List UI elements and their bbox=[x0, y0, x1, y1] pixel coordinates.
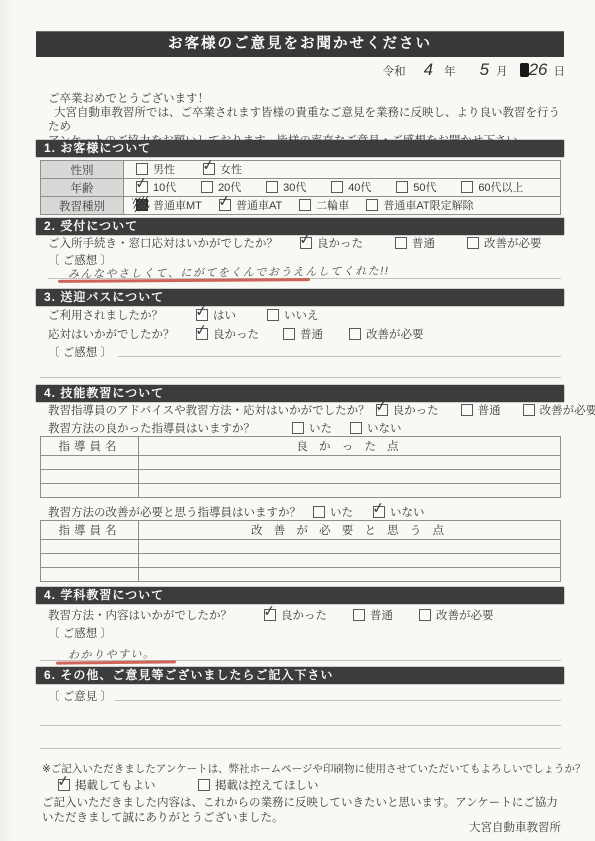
academic-normal-option[interactable]: 普通 bbox=[353, 607, 393, 623]
instructor-name-cell[interactable] bbox=[41, 554, 139, 568]
skill-advice-normal-checkbox[interactable] bbox=[461, 404, 473, 416]
publish-ok-option[interactable]: 掲載してもよい bbox=[58, 777, 170, 793]
table-row bbox=[41, 540, 561, 554]
bus-service-improve-checkbox[interactable] bbox=[349, 328, 361, 340]
option-label: 普通 bbox=[300, 326, 323, 342]
year-value-handwritten: 4 bbox=[424, 61, 433, 78]
option-label: はい bbox=[213, 307, 236, 323]
option-label: 良かった bbox=[281, 607, 327, 623]
signature: 大宮自動車教習所 bbox=[469, 819, 561, 835]
option-label: 普通車AT bbox=[236, 197, 282, 213]
reception-good-checkbox[interactable] bbox=[300, 237, 312, 249]
course-regular-mt-checkbox[interactable] bbox=[136, 199, 148, 211]
month-value-handwritten: 5 bbox=[480, 61, 489, 78]
publish-no-checkbox[interactable] bbox=[198, 779, 210, 791]
option-label: 男性 bbox=[153, 161, 175, 177]
academic-improve-checkbox[interactable] bbox=[419, 609, 431, 621]
instructor-name-header: 指導員名 bbox=[41, 437, 139, 456]
gender-female-checkbox[interactable] bbox=[203, 163, 215, 175]
banner-bar: お客様のご意見をお聞かせください bbox=[36, 31, 564, 57]
table-row bbox=[41, 484, 561, 498]
academic-good-option[interactable]: 良かった bbox=[264, 607, 327, 623]
option-label: 改善が必要 bbox=[436, 607, 494, 623]
customer-info-table: 性別 男性 女性 年齢 10代 bbox=[40, 160, 561, 215]
reception-question: ご入所手続き・窓口応対はいかがでしたか？ bbox=[48, 235, 278, 251]
age-30s-option[interactable]: 30代 bbox=[266, 179, 328, 195]
good-instructors-table: 指導員名 良 か っ た 点 bbox=[40, 436, 561, 498]
good-point-cell[interactable] bbox=[139, 470, 561, 484]
skill-q1: 教習指導員のアドバイスや教習方法・応対はいかがでしたか？ bbox=[48, 402, 370, 418]
good-points-header: 良 か っ た 点 bbox=[139, 437, 561, 456]
instructor-name-cell[interactable] bbox=[41, 470, 139, 484]
academic-improve-option[interactable]: 改善が必要 bbox=[419, 607, 494, 623]
publish-ok-checkbox[interactable] bbox=[58, 779, 70, 791]
section-bus-header: 3. 送迎バスについて bbox=[36, 289, 564, 306]
red-underline bbox=[56, 660, 176, 664]
option-label: いない bbox=[390, 504, 425, 520]
academic-question: 教習方法・内容はいかがでしたか？ bbox=[48, 607, 236, 623]
table-row bbox=[41, 554, 561, 568]
option-label: いない bbox=[367, 420, 402, 436]
course-at-limit-release-checkbox[interactable] bbox=[366, 199, 378, 211]
course-row: 教習種別 普通車MT 普通車AT 二輪車 普通車AT限定解除 bbox=[41, 197, 561, 215]
day-value-handwritten: 26 bbox=[529, 61, 548, 78]
skill-good-instructor-no-checkbox[interactable] bbox=[350, 422, 362, 434]
good-point-cell[interactable] bbox=[139, 484, 561, 498]
option-label: 良かった bbox=[213, 326, 259, 342]
option-label: 30代 bbox=[283, 179, 306, 195]
gender-female-option[interactable]: 女性 bbox=[203, 161, 242, 177]
instructor-name-cell[interactable] bbox=[41, 484, 139, 498]
age-50s-option[interactable]: 50代 bbox=[396, 179, 458, 195]
bus-service-improve-option[interactable]: 改善が必要 bbox=[349, 326, 424, 342]
gender-row: 性別 男性 女性 bbox=[41, 161, 561, 179]
month-unit: 月 bbox=[496, 63, 508, 79]
option-label: 良かった bbox=[317, 235, 363, 251]
section-academic-header: 4. 学科教習について bbox=[36, 587, 564, 604]
skill-improve-instructor-yes-checkbox[interactable] bbox=[313, 506, 325, 518]
bus-use-question: ご利用されましたか？ bbox=[48, 307, 164, 323]
course-at-limit-release-option[interactable]: 普通車AT限定解除 bbox=[366, 197, 473, 213]
publish-options-row: 掲載してもよい 掲載は控えてほしい bbox=[58, 777, 319, 793]
other-comment-label: 〔 ご意見 〕 bbox=[48, 688, 112, 704]
course-label: 教習種別 bbox=[41, 197, 124, 215]
course-regular-mt-option[interactable]: 普通車MT bbox=[136, 197, 202, 213]
ink-blob bbox=[520, 63, 529, 77]
skill-improve-instructor-no-checkbox[interactable] bbox=[373, 506, 385, 518]
course-regular-at-option[interactable]: 普通車AT bbox=[219, 197, 282, 213]
option-label: 掲載してもよい bbox=[75, 777, 156, 793]
option-label: 掲載は控えてほしい bbox=[215, 777, 319, 793]
instructor-name-cell[interactable] bbox=[41, 540, 139, 554]
option-label: 50代 bbox=[413, 179, 436, 195]
option-label: 普通車MT bbox=[153, 197, 202, 213]
gender-label: 性別 bbox=[41, 161, 124, 179]
bus-service-question: 応対はいかがでしたか？ bbox=[48, 326, 176, 342]
improve-instructors-table: 指導員名 改 善 が 必 要 と 思 う 点 bbox=[40, 520, 561, 582]
skill-improve-instructor-no-option[interactable]: いない bbox=[373, 504, 425, 520]
bus-use-no-option[interactable]: いいえ bbox=[267, 307, 319, 323]
option-label: 普通 bbox=[478, 402, 501, 418]
option-label: 60代以上 bbox=[478, 179, 523, 195]
table-row bbox=[41, 568, 561, 582]
section-skill-header: 4. 技能教習について bbox=[36, 385, 564, 402]
banner-title: お客様のご意見をお聞かせください bbox=[168, 36, 432, 52]
bus-service-good-option[interactable]: 良かった bbox=[196, 326, 259, 342]
improve-point-cell[interactable] bbox=[139, 540, 561, 554]
option-label: 40代 bbox=[348, 179, 371, 195]
publish-question: ※ご記入いただきましたアンケートは、弊社ホームページや印刷物に使用させていただい… bbox=[42, 761, 570, 776]
instructor-name-header: 指導員名 bbox=[41, 521, 139, 540]
skill-q1-row: 教習指導員のアドバイスや教習方法・応対はいかがでしたか？ 良かった 普通 改善が… bbox=[48, 402, 595, 418]
table-row bbox=[41, 456, 561, 470]
bus-comment-line-1[interactable] bbox=[118, 348, 561, 357]
table-row bbox=[41, 470, 561, 484]
skill-good-instructor-yes-checkbox[interactable] bbox=[292, 422, 304, 434]
course-regular-at-checkbox[interactable] bbox=[219, 199, 231, 211]
academic-normal-checkbox[interactable] bbox=[353, 609, 365, 621]
skill-improve-instructor-yes-option[interactable]: いた bbox=[313, 504, 361, 520]
reception-good-option[interactable]: 良かった bbox=[300, 235, 363, 251]
academic-question-row: 教習方法・内容はいかがでしたか？ 良かった 普通 改善が必要 bbox=[48, 607, 494, 623]
other-comment-line-1[interactable] bbox=[115, 692, 561, 701]
bus-comment-line-2[interactable] bbox=[40, 369, 561, 378]
age-label: 年齢 bbox=[41, 179, 124, 197]
age-40s-option[interactable]: 40代 bbox=[331, 179, 393, 195]
bus-use-question-row: ご利用されましたか？ はい いいえ bbox=[48, 307, 319, 323]
skill-q3: 教習方法の改善が必要と思う指導員はいますか？ bbox=[48, 504, 301, 520]
section-other-header: 6. その他、ご意見等ございましたらご記入下さい bbox=[36, 667, 564, 684]
bus-comment-label: 〔 ご感想 〕 bbox=[48, 344, 112, 360]
year-unit: 年 bbox=[444, 63, 456, 79]
option-label: 良かった bbox=[393, 402, 439, 418]
skill-advice-good-option[interactable]: 良かった bbox=[376, 402, 439, 418]
age-10s-checkbox[interactable] bbox=[136, 181, 148, 193]
instructor-name-cell[interactable] bbox=[41, 456, 139, 470]
academic-good-checkbox[interactable] bbox=[264, 609, 276, 621]
course-motorcycle-option[interactable]: 二輪車 bbox=[299, 197, 349, 213]
red-underline bbox=[58, 278, 310, 282]
course-motorcycle-checkbox[interactable] bbox=[299, 199, 311, 211]
other-comment-line-2[interactable] bbox=[40, 717, 561, 726]
bus-service-question-row: 応対はいかがでしたか？ 良かった 普通 改善が必要 bbox=[48, 326, 424, 342]
skill-q2-row: 教習方法の良かった指導員はいますか？ いた いない bbox=[48, 420, 402, 436]
option-label: 10代 bbox=[153, 179, 176, 195]
skill-q3-row: 教習方法の改善が必要と思う指導員はいますか？ いた いない bbox=[48, 504, 425, 520]
academic-comment-label: 〔 ご感想 〕 bbox=[48, 625, 112, 641]
bus-service-normal-option[interactable]: 普通 bbox=[283, 326, 323, 342]
other-comment-line-3[interactable] bbox=[40, 740, 561, 749]
option-label: 改善が必要 bbox=[366, 326, 424, 342]
skill-q2: 教習方法の良かった指導員はいますか？ bbox=[48, 420, 258, 436]
option-label: 普通車AT限定解除 bbox=[383, 197, 473, 213]
age-20s-checkbox[interactable] bbox=[201, 181, 213, 193]
option-label: 普通 bbox=[412, 235, 435, 251]
age-row: 年齢 10代 20代 30代 40代 bbox=[41, 179, 561, 197]
option-label: いた bbox=[330, 504, 353, 520]
intro-line-2: 大宮自動車教習所では、ご卒業されます皆様の貴重なご意見を業務に反映し、より良い教… bbox=[48, 106, 568, 134]
intro-line-1: ご卒業おめでとうございます！ bbox=[48, 92, 568, 106]
skill-good-instructor-no-option[interactable]: いない bbox=[350, 420, 402, 436]
reception-question-row: ご入所手続き・窓口応対はいかがでしたか？ 良かった 普通 改善が必要 bbox=[48, 235, 542, 251]
reception-improve-checkbox[interactable] bbox=[467, 237, 479, 249]
bus-service-good-checkbox[interactable] bbox=[196, 328, 208, 340]
reception-improve-option[interactable]: 改善が必要 bbox=[467, 235, 542, 251]
improve-points-header: 改 善 が 必 要 と 思 う 点 bbox=[139, 521, 561, 540]
skill-advice-good-checkbox[interactable] bbox=[376, 404, 388, 416]
option-label: 普通 bbox=[370, 607, 393, 623]
bus-service-normal-checkbox[interactable] bbox=[283, 328, 295, 340]
age-30s-checkbox[interactable] bbox=[266, 181, 278, 193]
age-40s-checkbox[interactable] bbox=[331, 181, 343, 193]
good-point-cell[interactable] bbox=[139, 456, 561, 470]
age-10s-option[interactable]: 10代 bbox=[136, 179, 198, 195]
day-unit: 日 bbox=[554, 63, 566, 79]
option-label: いた bbox=[309, 420, 332, 436]
section-customer-header: 1. お客様について bbox=[36, 140, 564, 157]
age-60s-plus-checkbox[interactable] bbox=[461, 181, 473, 193]
era-label: 令和 bbox=[383, 63, 406, 79]
skill-advice-improve-option[interactable]: 改善が必要 bbox=[523, 402, 595, 418]
option-label: いいえ bbox=[284, 307, 319, 323]
improve-point-cell[interactable] bbox=[139, 554, 561, 568]
option-label: 改善が必要 bbox=[540, 402, 595, 418]
improve-point-cell[interactable] bbox=[139, 568, 561, 582]
age-20s-option[interactable]: 20代 bbox=[201, 179, 263, 195]
age-50s-checkbox[interactable] bbox=[396, 181, 408, 193]
skill-good-instructor-yes-option[interactable]: いた bbox=[292, 420, 340, 436]
scanned-survey-page: お客様のご意見をお聞かせください 令和 4 年 5 月 26 日 ご卒業おめでと… bbox=[0, 0, 595, 841]
date-line: 令和 4 年 5 月 26 日 bbox=[383, 61, 565, 79]
instructor-name-cell[interactable] bbox=[41, 568, 139, 582]
bus-use-no-checkbox[interactable] bbox=[267, 309, 279, 321]
reception-normal-checkbox[interactable] bbox=[395, 237, 407, 249]
age-60s-plus-option[interactable]: 60代以上 bbox=[461, 179, 523, 195]
reception-normal-option[interactable]: 普通 bbox=[395, 235, 435, 251]
option-label: 改善が必要 bbox=[484, 235, 542, 251]
option-label: 二輪車 bbox=[316, 197, 349, 213]
option-label: 女性 bbox=[220, 161, 242, 177]
skill-advice-improve-checkbox[interactable] bbox=[523, 404, 535, 416]
skill-advice-normal-option[interactable]: 普通 bbox=[461, 402, 501, 418]
publish-no-option[interactable]: 掲載は控えてほしい bbox=[198, 777, 319, 793]
